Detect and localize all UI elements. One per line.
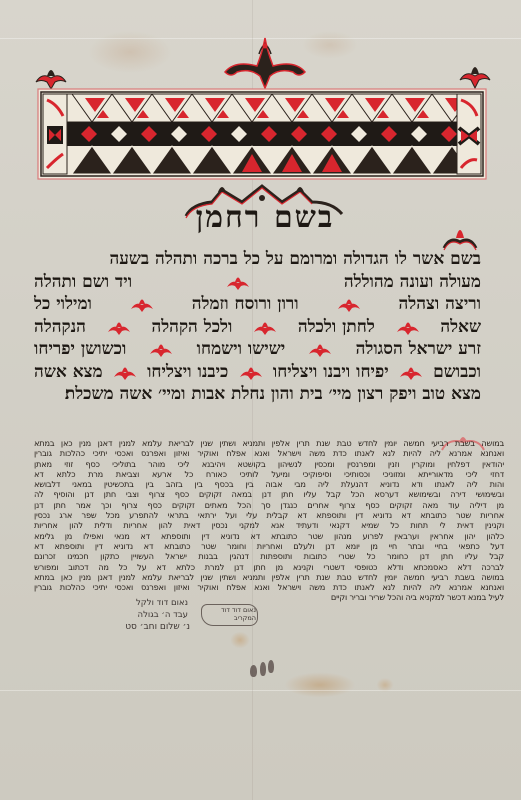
text-segment: ויד ושם ותהלה (34, 271, 132, 294)
fleur-icon (148, 340, 174, 358)
text-segment: מצא טוב ויפק רצון מיי׳ בית והון נחלת אבו… (65, 383, 481, 406)
fleur-icon (238, 363, 264, 381)
fleur-icon (307, 340, 333, 358)
witness-signatures: נאום דוד ולקל עבד ה׳ בגולה נ׳ שלום וחב׳ … (118, 598, 268, 638)
fleur-icon (112, 363, 138, 381)
signature-line: נאום דוד ולקל (136, 598, 188, 608)
text-segment: מעולה ועונה מהוללה (344, 271, 481, 294)
ink-stain (268, 660, 274, 673)
text-line: בשם אשר לו הגדולה ומרומם על כל ברכה ותהל… (34, 248, 481, 271)
ink-stain (260, 662, 266, 676)
text-line: מצא טוב ויפק רצון מיי׳ בית והון נחלת אבו… (34, 383, 481, 406)
text-segment: שאלה (440, 316, 481, 339)
corner-ornament-right (458, 58, 492, 90)
body-text-line: וקנינין דאית לי תחות כל שמיא דקנאי ודעתי… (34, 520, 504, 530)
body-text-line: כלהון יהון אחראין וערבאין לפרוע מנהון שט… (34, 531, 504, 541)
text-line: זרע ישראל הסגולה ישישו וישמחו וכשושן יפר… (34, 338, 481, 361)
text-segment: יפיחו ויבנו ויצליחו (273, 361, 389, 384)
text-segment: הנקהלה (34, 316, 86, 339)
ink-stain (250, 665, 257, 677)
body-text-line: ובשימושי דירה ובשימושא דערסא הכל קבל עלי… (34, 489, 504, 499)
text-segment: זרע ישראל הסגולה (356, 338, 481, 361)
fleur-icon (252, 318, 278, 336)
body-text-line: ואנחנא אמרנא ליה להיות לנא לאנתו כדת משה… (34, 582, 504, 592)
decorative-band (37, 88, 487, 180)
body-text-line: יהודאין דפלחין ומוקרין וזנין ומפרנסין ומ… (34, 459, 504, 469)
body-text-line: והות ליה לאנתו ודא נדוניא דהנעלת ליה מבי… (34, 479, 504, 489)
text-line: וכבושם יפיחו ויבנו ויצליחו כיבנו ויצליחו… (34, 361, 481, 384)
text-segment: ישישו וישמחו (197, 338, 286, 361)
text-segment: כיבנו ויצליחו (147, 361, 228, 384)
manuscript-page: בשם רחמן בשם אשר לו הגדולה ומרומם על כל … (0, 0, 521, 800)
text-segment: וכשושן יפריחו (34, 338, 126, 361)
body-text-line: קבל עליו חתן דנן כחומר כל שטרי כתובות ות… (34, 551, 504, 561)
fleur-icon (336, 295, 362, 313)
corner-ornament-left (34, 62, 68, 90)
body-text-line: לברכה דלא כאסמכתא ודלא כטופסי דשטרי וקני… (34, 562, 504, 572)
text-segment: וכבושם (433, 361, 481, 384)
text-segment: ומילוי כל (34, 293, 92, 316)
body-text-line: מן דיליה עוד מאה זקוקים כסף צרוף אחרים כ… (34, 500, 504, 510)
body-text-line: במושה בשבת רביעי חמשה יומין לחדש טבת שנת… (34, 438, 504, 448)
text-segment: בשם אשר לו הגדולה ומרומם על כל ברכה ותהל… (110, 248, 482, 271)
fold-line (0, 690, 521, 691)
signature-line: עבד ה׳ בגולה (138, 610, 188, 620)
body-text-line: דעל כתפאי בחיי ובתר חיי מן יומא דנן ולעל… (34, 541, 504, 551)
fleur-icon (129, 295, 155, 313)
body-text-line: במושה בשבת רביעי חמשה יומין לחדש טבת שנת… (34, 572, 504, 582)
body-text-line: ואנחנא אמרנא ליה להיות לנא לאנתו כדת משה… (34, 448, 504, 458)
text-segment: וריצה וצהלה (398, 293, 481, 316)
body-text-block: במושה בשבת רביעי חמשה יומין לחדש טבת שנת… (34, 438, 504, 603)
body-text-line: אחריות שטר כתובתא דא נדוניא דין ותוספתא … (34, 510, 504, 520)
body-text-line-final: לעיל במנא דכשר למקניא ביה והכל שריר וברי… (254, 592, 504, 602)
main-text-block: בשם אשר לו הגדולה ומרומם על כל ברכה ותהל… (34, 248, 481, 406)
text-line: מעולה ועונה מהוללה ויד ושם ותהלה (34, 271, 481, 294)
text-segment: ולכל הקהלה (151, 316, 232, 339)
invocation-heading: בשם רחמן (175, 200, 355, 235)
crown-ornament (215, 32, 315, 92)
text-segment: ורון ורוסח וזמלה (192, 293, 299, 316)
text-line: וריצה וצהלה ורון ורוסח וזמלה ומילוי כל (34, 293, 481, 316)
fleur-icon (398, 363, 424, 381)
fleur-icon (106, 318, 132, 336)
text-segment: מצא אשה (34, 361, 103, 384)
fleur-icon (395, 318, 421, 336)
fleur-icon (225, 273, 251, 291)
signature-boxed: נאום דוד דוד המקריב (206, 606, 256, 622)
body-text-line: דחזי ליכי מדאורייתא ומזוניכי וכסותיכי וס… (34, 469, 504, 479)
text-line: שאלה לחתן ולכלה ולכל הקהלה הנקהלה (34, 316, 481, 339)
signature-line: נ׳ שלום וחב׳ סט (125, 622, 190, 632)
text-segment: לחתן ולכלה (298, 316, 375, 339)
